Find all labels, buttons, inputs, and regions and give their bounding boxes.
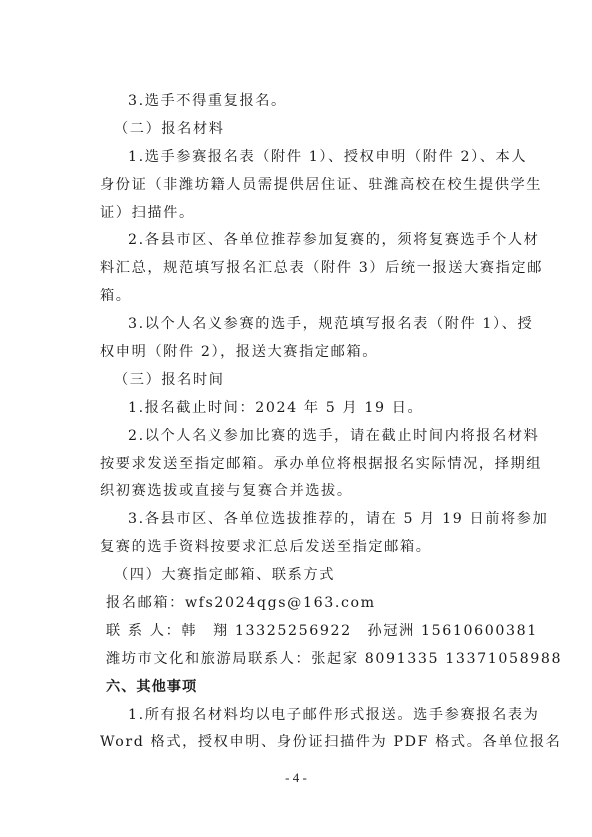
paragraph-line: 1.选手参赛报名表（附件 1）、授权申明（附件 2）、本人: [100, 144, 500, 172]
page-number: - 4 -: [0, 770, 592, 786]
section-heading-other-matters: 六、其他事项: [100, 674, 500, 702]
paragraph-line: 身份证（非潍坊籍人员需提供居住证、驻潍高校在校生提供学生: [100, 172, 500, 200]
paragraph-line: 证）扫描件。: [100, 200, 500, 228]
paragraph-line: 复赛的选手资料按要求汇总后发送至指定邮箱。: [100, 534, 500, 562]
paragraph-line: 织初赛选拔或直接与复赛合并选拔。: [100, 478, 500, 506]
paragraph-line: 1.所有报名材料均以电子邮件形式报送。选手参赛报名表为: [100, 702, 500, 730]
paragraph-line: 料汇总，规范填写报名汇总表（附件 3）后统一报送大赛指定邮: [100, 255, 500, 283]
paragraph-line: 3.选手不得重复报名。: [100, 88, 500, 116]
paragraph-line: 2.以个人名义参加比赛的选手，请在截止时间内将报名材料: [100, 423, 500, 451]
paragraph-line: 箱。: [100, 283, 500, 311]
paragraph-line: Word 格式，授权申明、身份证扫描件为 PDF 格式。各单位报名: [100, 729, 500, 757]
contact-email: 报名邮箱：wfs2024qgs@163.com: [100, 590, 500, 618]
subheading-registration-materials: （二）报名材料: [100, 116, 500, 144]
contact-bureau: 潍坊市文化和旅游局联系人：张起家 8091335 13371058988: [100, 646, 500, 674]
subheading-registration-time: （三）报名时间: [100, 367, 500, 395]
subheading-contact: （四）大赛指定邮箱、联系方式: [100, 562, 500, 590]
paragraph-line: 3.各县市区、各单位选拔推荐的，请在 5 月 19 日前将参加: [100, 506, 500, 534]
document-body: 3.选手不得重复报名。 （二）报名材料 1.选手参赛报名表（附件 1）、授权申明…: [100, 88, 500, 757]
paragraph-line: 2.各县市区、各单位推荐参加复赛的，须将复赛选手个人材: [100, 227, 500, 255]
document-page: 3.选手不得重复报名。 （二）报名材料 1.选手参赛报名表（附件 1）、授权申明…: [0, 0, 592, 837]
paragraph-line: 3.以个人名义参赛的选手，规范填写报名表（附件 1）、授: [100, 311, 500, 339]
paragraph-line: 权申明（附件 2），报送大赛指定邮箱。: [100, 339, 500, 367]
paragraph-line: 按要求发送至指定邮箱。承办单位将根据报名实际情况，择期组: [100, 451, 500, 479]
contact-persons: 联 系 人：韩 翔 13325256922 孙冠洲 15610600381: [100, 618, 500, 646]
paragraph-line: 1.报名截止时间：2024 年 5 月 19 日。: [100, 395, 500, 423]
